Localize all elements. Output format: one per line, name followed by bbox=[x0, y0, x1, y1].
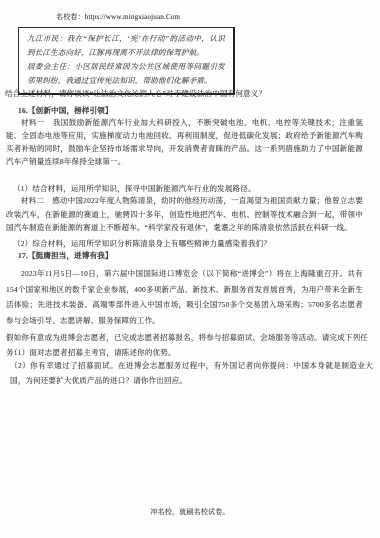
question15-prompt: 结合上述材料，请你谈谈“让法治文化沁润人心”对于建设法治中国有何意义？ bbox=[5, 88, 377, 99]
question17-subquestion1: （1）面对志愿者招募主考官，请陈述你的优势。 bbox=[10, 345, 370, 360]
question16-subquestion2: （2）综合材料，运用所学知识分析陈清泉身上有哪些精神力量感染着我们？ bbox=[13, 237, 373, 250]
page-header-source-url: 名校卷：https://www.mingxiaojuan.Com bbox=[56, 13, 180, 22]
question17-subquestion2: （2）你有幸通过了招募面试。在进博会志愿服务过程中，有外国记者向你提问：中国本身… bbox=[10, 359, 373, 388]
question16-heading: 16.【创新中国，榜样引领】 bbox=[18, 105, 113, 116]
dialogue-committee-director-quote: 居委会主任：小区居民经常因为公共区域使用等问题引发邻里纠纷，我通过宣传宪法知识，… bbox=[27, 60, 225, 88]
dialogue-resident-quote: 九江市民：我在“保护长江，‘宪’在行动”的活动中，认识到长江生态向好，江豚再现离… bbox=[27, 32, 225, 60]
question16-material1: 材料一 我国鼓励新能源汽车行业加大科研投入，不断突破电池、电机、电控等关键技术；… bbox=[6, 116, 363, 168]
question16-material2: 材料二 感动中国2022年度人物陈清泉，幼时的他经历动荡，一直渴望为祖国贡献力量… bbox=[6, 194, 363, 235]
question17-heading: 17.【挺膺担当，进博有我】 bbox=[18, 250, 113, 261]
page-footer-slogan: 冲名校，就刷名校试卷。 bbox=[0, 508, 380, 517]
question17-material: 2023年11月5日—10日，第六届中国国际进口博览会（以下简称“进博会”）将在… bbox=[6, 266, 363, 328]
scanned-exam-page: 名校卷：https://www.mingxiaojuan.Com 九江市民：我在… bbox=[0, 0, 380, 538]
dialogue-material-box: 九江市民：我在“保护长江，‘宪’在行动”的活动中，认识到长江生态向好，江豚再现离… bbox=[18, 27, 235, 95]
